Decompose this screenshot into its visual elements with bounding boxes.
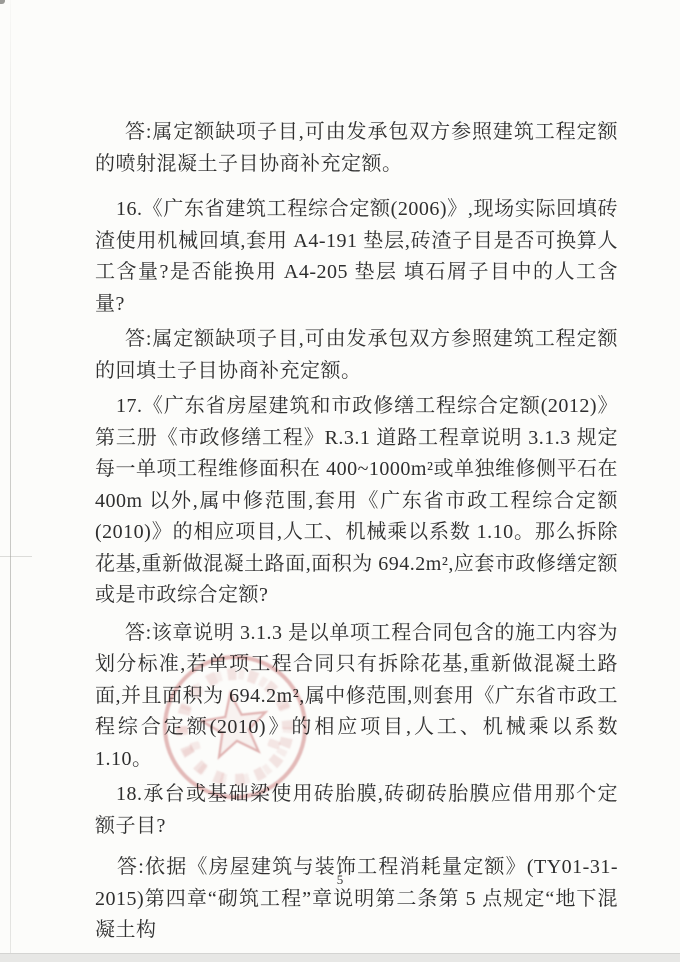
answer-paragraph-15: 答:属定额缺项子目,可由发承包双方参照建筑工程定额的喷射混凝土子目协商补充定额。	[95, 117, 618, 180]
scan-bottom-edge-band	[0, 953, 680, 962]
question-paragraph-18: 18.承台或基础梁使用砖胎膜,砖砌砖胎膜应借用那个定额子目?	[95, 779, 618, 842]
question-paragraph-16: 16.《广东省建筑工程综合定额(2006)》,现场实际回填砖渣使用机械回填,套用…	[95, 194, 618, 320]
answer-paragraph-18: 答:依据《房屋建筑与装饰工程消耗量定额》(TY01-31-2015)第四章“砌筑…	[95, 852, 618, 947]
scanned-document-page: 答:属定额缺项子目,可由发承包双方参照建筑工程定额的喷射混凝土子目协商补充定额。…	[0, 0, 680, 962]
page-number: 5	[0, 872, 680, 888]
answer-paragraph-16: 答:属定额缺项子目,可由发承包双方参照建筑工程定额的回填土子目协商补充定额。	[95, 324, 618, 387]
document-body: 答:属定额缺项子目,可由发承包双方参照建筑工程定额的喷射混凝土子目协商补充定额。…	[0, 0, 680, 947]
answer-paragraph-17: 答:该章说明 3.1.3 是以单项工程合同包含的施工内容为划分标准,若单项工程合…	[95, 618, 618, 776]
question-paragraph-17: 17.《广东省房屋建筑和市政修缮工程综合定额(2012)》第三册《市政修缮工程》…	[95, 391, 618, 612]
